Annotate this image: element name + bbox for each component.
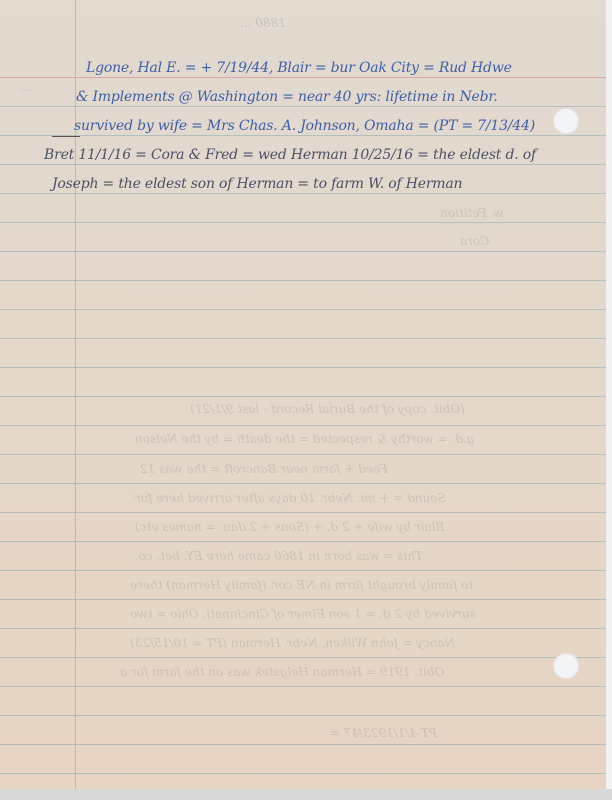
bleed-through-text: Feed + farm near Bancroft = the was 12 (140, 462, 388, 476)
rule-line (0, 396, 606, 397)
rule-line (0, 657, 606, 658)
bleed-through-text: PT 4/1/1923/47 = (330, 726, 437, 740)
rule-line (0, 193, 606, 194)
bleed-through-text: Nancy = John Wilken, Nebr. Herman (PT = … (130, 636, 455, 650)
rule-line (0, 164, 606, 165)
rule-line (0, 135, 606, 136)
rule-line (0, 512, 606, 513)
rule-line (0, 425, 606, 426)
rule-line (0, 744, 606, 745)
rule-line (0, 309, 606, 310)
rule-line (0, 367, 606, 368)
rule-line (0, 222, 606, 223)
rule-line (0, 483, 606, 484)
rule-line (0, 338, 606, 339)
scan-edge-bottom (0, 789, 612, 800)
bleed-through-text: Sound = + mi. Nebr. 10 days after arrive… (135, 491, 446, 505)
rule-line (0, 773, 606, 774)
bleed-through-text: This = was born in 1860 came here EY. be… (135, 549, 423, 563)
bleed-through-text: survived by 2 d. = 1 son Elmer of Cincin… (130, 607, 476, 621)
binder-hole-top (553, 108, 579, 134)
bleed-through-text: Blair by wife + 2 d. + (Sons + 2 dau. = … (135, 520, 444, 534)
bleed-through-text: to family brought farm in NE cor. (famil… (130, 578, 473, 592)
rule-line (0, 570, 606, 571)
handwritten-line: Bret 11/1/16 = Cora & Fred = wed Herman … (44, 147, 536, 163)
bleed-through-text: (Obit. copy of the Burial Record - last … (190, 402, 465, 416)
bleed-through-text: w. Petition (440, 206, 503, 220)
scan-edge-right (606, 0, 612, 800)
rule-line (0, 106, 606, 107)
rule-line (0, 251, 606, 252)
handwritten-line: survived by wife = Mrs Chas. A. Johnson,… (74, 118, 535, 134)
bleed-through-text: Obit. 1919 = Herman Helgstek was on the … (120, 665, 444, 679)
rule-line (0, 541, 606, 542)
bleed-through-text: 1880 ... (240, 16, 286, 30)
rule-line (0, 628, 606, 629)
bleed-through-text: Cora (460, 234, 489, 248)
bleed-through-text: ... (20, 80, 31, 94)
rule-line (0, 454, 606, 455)
handwritten-line: Joseph = the eldest son of Herman = to f… (52, 176, 462, 192)
underline-stroke (52, 136, 80, 137)
bleed-through-text: g.d. = worthy & respected = the death = … (135, 432, 474, 446)
handwritten-line: & Implements @ Washington = near 40 yrs:… (76, 89, 498, 105)
rule-line (0, 715, 606, 716)
rule-line (0, 280, 606, 281)
notebook-page: 1880 ... ... w. Petition Cora (Obit. cop… (0, 0, 606, 789)
handwritten-line: Lgone, Hal E. = + 7/19/44, Blair = bur O… (86, 60, 512, 76)
binder-hole-bottom (553, 653, 579, 679)
rule-line (0, 686, 606, 687)
top-red-rule (0, 77, 606, 78)
rule-line (0, 599, 606, 600)
